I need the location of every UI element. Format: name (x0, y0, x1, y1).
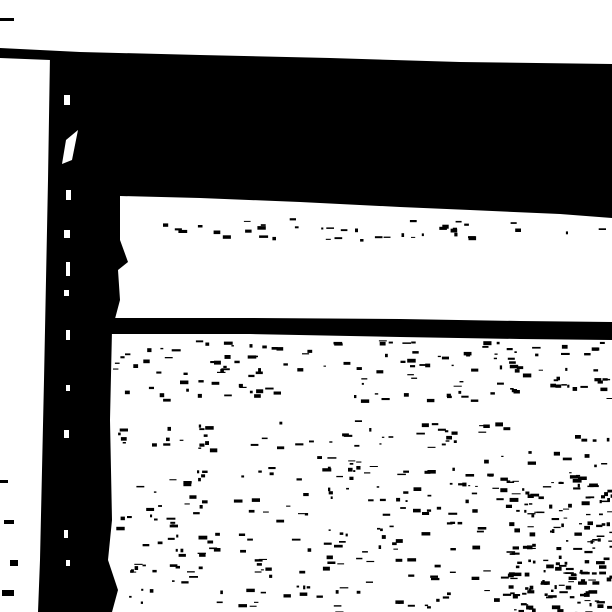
frame-illustration (0, 0, 612, 612)
lower-left-texture (0, 18, 18, 596)
horizontal-rail (110, 318, 612, 340)
bw-image-canvas (0, 0, 612, 612)
surface-speckles (113, 218, 612, 612)
